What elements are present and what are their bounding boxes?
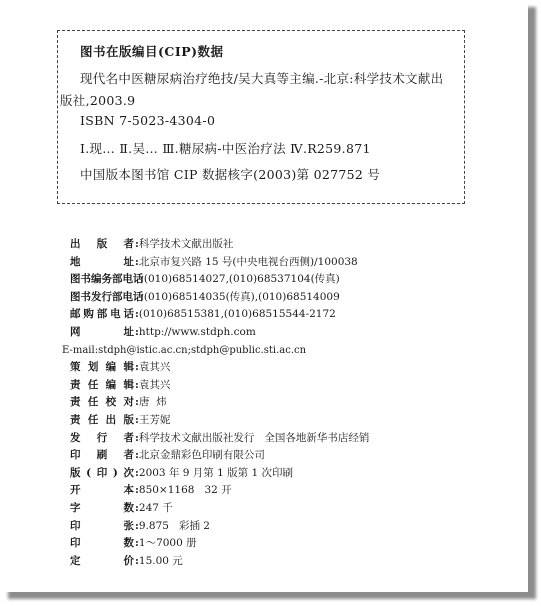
label-char: 版 (70, 465, 81, 483)
row-label: 策 划 编 辑 (70, 359, 134, 377)
label-char: 印 (97, 465, 108, 483)
cip-isbn: ISBN 7-5023-4304-0 (80, 113, 215, 128)
colophon-row-format: 开 本 :850×1168 32 开 (70, 482, 510, 500)
label-char: 任 (88, 412, 99, 430)
label-char: 版 (123, 412, 134, 430)
label-char: 行 (97, 430, 108, 448)
label-char: 责 (70, 412, 81, 430)
label-char: 任 (88, 394, 99, 412)
colophon-row-printer: 印 刷 者 :北京金鼎彩色印刷有限公司 (70, 447, 510, 465)
row-label: 字 数 (70, 500, 134, 518)
colophon-row-word-count: 字 数 :247 千 (70, 500, 510, 518)
value-text: (010)68514027,(010)68537104(传真) (144, 273, 340, 285)
label-char: 购 (83, 306, 94, 324)
value-text: 王芳妮 (139, 414, 171, 426)
cip-description-line1: 现代名中医糖尿病治疗绝技/吴大真等主编.-北京:科学技术文献出 (80, 69, 443, 87)
colophon-row-sheets: 印 张 :9.875 彩插 2 (70, 518, 510, 536)
colophon-row-planning-editor: 策 划 编 辑 :袁其兴 (70, 359, 510, 377)
label-char: 地 (70, 254, 81, 272)
label-char: 出 (106, 412, 117, 430)
row-label: 印 数 (70, 535, 134, 553)
row-value: :袁其兴 (135, 377, 170, 395)
row-value: :唐 炜 (135, 394, 167, 412)
value-text: 北京市复兴路 15 号(中央电视台西侧)/100038 (139, 256, 358, 268)
cip-description-line2: 版社,2003.9 (60, 91, 135, 109)
label-char: 任 (88, 377, 99, 395)
label-char: 价 (124, 553, 135, 571)
label-char: 数 (124, 500, 135, 518)
row-value: :王芳妮 (135, 412, 170, 430)
colophon-row-distributor: 发 行 者 :科学技术文献出版社发行 全国各地新华书店经销 (70, 430, 510, 448)
row-value: :科学技术文献出版社 (135, 236, 233, 254)
row-value: :15.00 元 (135, 553, 183, 571)
label-char: 者 (124, 447, 135, 465)
label-char: 者 (124, 236, 135, 254)
row-value: :http://www.stdph.com (135, 324, 256, 342)
cip-classification: Ⅰ.现… Ⅱ.吴… Ⅲ.糖尿病-中医治疗法 Ⅳ.R259.871 (80, 139, 371, 157)
label-char: 网 (70, 324, 81, 342)
value-text: 袁其兴 (139, 361, 171, 373)
value-text: 850×1168 32 开 (139, 484, 232, 496)
row-value: :科学技术文献出版社发行 全国各地新华书店经销 (135, 430, 369, 448)
label-char: 辑 (123, 377, 134, 395)
colophon-row-website: 网 址 :http://www.stdph.com (70, 324, 510, 342)
label-char: 数 (124, 535, 135, 553)
colophon-row-price: 定 价 :15.00 元 (70, 553, 510, 571)
row-value: :北京金鼎彩色印刷有限公司 (135, 447, 265, 465)
cip-title: 图书在版编目(CIP)数据 (80, 42, 224, 60)
row-value: :1～7000 册 (135, 535, 197, 553)
label-char: 邮 (70, 306, 81, 324)
colophon-row-address: 地 址 :北京市复兴路 15 号(中央电视台西侧)/100038 (70, 254, 510, 272)
label-char: 印 (70, 535, 81, 553)
row-label: 定 价 (70, 553, 134, 571)
row-label: 地 址 (70, 254, 134, 272)
row-label: 印 刷 者 (70, 447, 134, 465)
label-char: ( (86, 465, 91, 483)
value-text: 247 千 (139, 502, 173, 514)
row-value: :(010)68514027,(010)68537104(传真) (140, 271, 340, 289)
label-char: 校 (106, 394, 117, 412)
value-text: 唐 炜 (139, 396, 167, 408)
row-label: 版 ( 印 ) 次 (70, 465, 134, 483)
copyright-page: 图书在版编目(CIP)数据 现代名中医糖尿病治疗绝技/吴大真等主编.-北京:科学… (0, 0, 528, 592)
label-char: 责 (70, 377, 81, 395)
value-text: (010)68515381,(010)68515544-2172 (139, 308, 336, 320)
label-char: 对 (123, 394, 134, 412)
row-label: 责 任 校 对 (70, 394, 134, 412)
label-char: 次 (124, 465, 135, 483)
cip-data-box: 图书在版编目(CIP)数据 现代名中医糖尿病治疗绝技/吴大真等主编.-北京:科学… (57, 30, 465, 204)
row-value: :850×1168 32 开 (135, 482, 232, 500)
row-label: 责 任 出 版 (70, 412, 134, 430)
row-label: 出 版 者 (70, 236, 134, 254)
colophon-row-distribution-phone: 图书发行部电话 :(010)68514035(传真),(010)68514009 (70, 289, 510, 307)
colophon-row-production: 责 任 出 版 :王芳妮 (70, 412, 510, 430)
label-char: 出 (70, 236, 81, 254)
label-char: ) (113, 465, 118, 483)
colophon-row-email: E-mail:stdph@istic.ac.cn;stdph@public.st… (70, 342, 510, 360)
website-link[interactable]: http://www.stdph.com (139, 326, 256, 338)
row-label: 开 本 (70, 482, 134, 500)
row-value: :(010)68514035(传真),(010)68514009 (140, 289, 340, 307)
label-char: 刷 (97, 447, 108, 465)
label-char: 开 (70, 482, 81, 500)
colophon: 出 版 者 :科学技术文献出版社 地 址 :北京市复兴路 15 号(中央电视台西… (70, 236, 510, 570)
label-char: 定 (70, 553, 81, 571)
label-char: 部 (97, 306, 108, 324)
row-label: 网 址 (70, 324, 134, 342)
colophon-row-print-run: 印 数 :1～7000 册 (70, 535, 510, 553)
row-value: :(010)68515381,(010)68515544-2172 (135, 306, 336, 324)
row-label: 图书编务部电话 (70, 271, 144, 289)
colophon-row-proofreader: 责 任 校 对 :唐 炜 (70, 394, 510, 412)
label-char: 电 (110, 306, 121, 324)
label-char: 本 (124, 482, 135, 500)
row-label: 邮 购 部 电 话 (70, 306, 134, 324)
value-text: 9.875 彩插 2 (139, 520, 210, 532)
row-value: :袁其兴 (135, 359, 170, 377)
cip-number: 中国版本图书馆 CIP 数据核字(2003)第 027752 号 (80, 165, 380, 183)
value-text: 15.00 元 (139, 555, 183, 567)
row-label: 责 任 编 辑 (70, 377, 134, 395)
value-text: 袁其兴 (139, 379, 171, 391)
label-char: 编 (106, 359, 117, 377)
label-char: 版 (97, 236, 108, 254)
colophon-row-mail-order-phone: 邮 购 部 电 话 :(010)68515381,(010)68515544-2… (70, 306, 510, 324)
colophon-row-edition: 版 ( 印 ) 次 :2003 年 9 月第 1 版第 1 次印刷 (70, 465, 510, 483)
row-label: 图书发行部电话 (70, 289, 144, 307)
label-char: 者 (124, 430, 135, 448)
row-label: 发 行 者 (70, 430, 134, 448)
row-value: :2003 年 9 月第 1 版第 1 次印刷 (135, 465, 293, 483)
colophon-row-responsible-editor: 责 任 编 辑 :袁其兴 (70, 377, 510, 395)
label-char: 编 (106, 377, 117, 395)
label-char: 辑 (123, 359, 134, 377)
label-char: 责 (70, 394, 81, 412)
value-text: 北京金鼎彩色印刷有限公司 (139, 449, 265, 461)
label-char: 址 (124, 324, 135, 342)
label-char: 字 (70, 500, 81, 518)
row-value: :北京市复兴路 15 号(中央电视台西侧)/100038 (135, 254, 358, 272)
row-value: :247 千 (135, 500, 173, 518)
label-char: 话 (124, 306, 135, 324)
colophon-row-editorial-phone: 图书编务部电话 :(010)68514027,(010)68537104(传真) (70, 271, 510, 289)
label-char: 址 (124, 254, 135, 272)
colophon-row-publisher: 出 版 者 :科学技术文献出版社 (70, 236, 510, 254)
label-char: 划 (88, 359, 99, 377)
label-char: 策 (70, 359, 81, 377)
label-char: 张 (124, 518, 135, 536)
value-text: (010)68514035(传真),(010)68514009 (144, 291, 340, 303)
value-text: 科学技术文献出版社发行 全国各地新华书店经销 (139, 432, 370, 444)
email-line[interactable]: E-mail:stdph@istic.ac.cn;stdph@public.st… (62, 342, 306, 360)
label-char: 发 (70, 430, 81, 448)
row-label: 印 张 (70, 518, 134, 536)
row-value: :9.875 彩插 2 (135, 518, 210, 536)
value-text: 科学技术文献出版社 (139, 238, 234, 250)
label-char: 印 (70, 447, 81, 465)
value-text: 2003 年 9 月第 1 版第 1 次印刷 (139, 467, 293, 479)
value-text: 1～7000 册 (139, 537, 197, 549)
label-char: 印 (70, 518, 81, 536)
